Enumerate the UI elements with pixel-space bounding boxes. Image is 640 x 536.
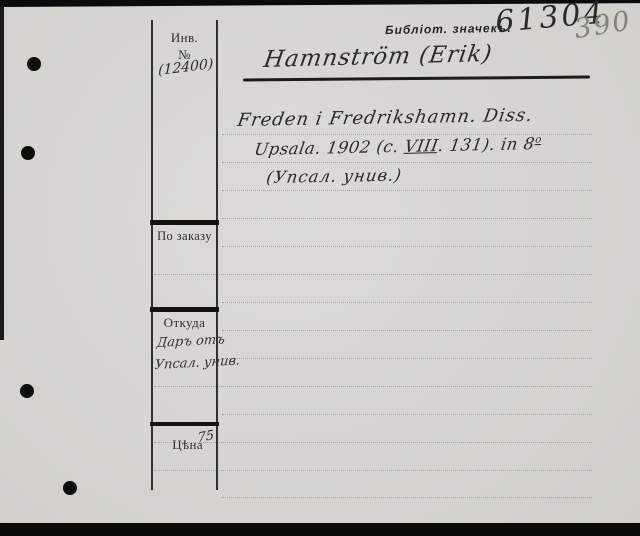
origin-value-line-2: Упсал. унив. bbox=[154, 353, 241, 373]
title-line-1: Freden i Fredrikshamn. Diss. bbox=[236, 105, 535, 131]
column-left-line bbox=[151, 20, 153, 490]
ruled-line bbox=[222, 162, 592, 163]
author-heading: Hamnström (Erik) bbox=[262, 41, 494, 73]
punch-hole bbox=[21, 146, 35, 160]
column-right-line bbox=[216, 20, 218, 490]
order-rubric-label: По заказу bbox=[151, 229, 218, 244]
author-underline bbox=[243, 75, 590, 81]
imprint-text-2: . 131). in 8 bbox=[437, 134, 536, 155]
ruled-line bbox=[154, 442, 592, 443]
catalog-card-scan: Библіот. значекъ: 61304 390 Инв. № (1240… bbox=[0, 0, 640, 536]
ruled-line bbox=[222, 330, 592, 331]
inventory-label: Инв. bbox=[151, 30, 218, 46]
octavo-superscript: o bbox=[534, 134, 542, 145]
price-rubric-label: Цѣна bbox=[153, 437, 203, 453]
title-line-3: (Упсал. унив.) bbox=[265, 166, 403, 187]
library-mark-label: Библіот. значекъ: bbox=[385, 21, 512, 37]
ruled-line bbox=[154, 470, 592, 471]
scan-edge-left bbox=[0, 5, 4, 340]
ruled-line bbox=[222, 414, 592, 415]
punch-hole bbox=[63, 481, 77, 495]
series-roman-numeral: VIII bbox=[403, 136, 439, 156]
punch-hole bbox=[20, 384, 34, 398]
ruled-line bbox=[222, 302, 592, 303]
section-divider-bar bbox=[150, 422, 219, 426]
punch-hole bbox=[27, 57, 41, 71]
ruled-line bbox=[154, 274, 592, 275]
section-divider-bar bbox=[150, 220, 219, 225]
ruled-line bbox=[222, 497, 592, 498]
title-line-2: Upsala. 1902 (c. VIII. 131). in 8o bbox=[253, 134, 543, 159]
origin-rubric-label: Откуда bbox=[151, 315, 218, 331]
ruled-line bbox=[222, 190, 592, 191]
ruled-line bbox=[222, 218, 592, 219]
ruled-line bbox=[154, 386, 592, 387]
section-divider-bar bbox=[150, 307, 219, 312]
ruled-line bbox=[222, 246, 592, 247]
price-value: 75 bbox=[197, 428, 214, 446]
ruled-line bbox=[222, 358, 592, 359]
scan-edge-bottom bbox=[0, 523, 640, 536]
imprint-text: Upsala. 1902 (c. bbox=[253, 137, 406, 159]
